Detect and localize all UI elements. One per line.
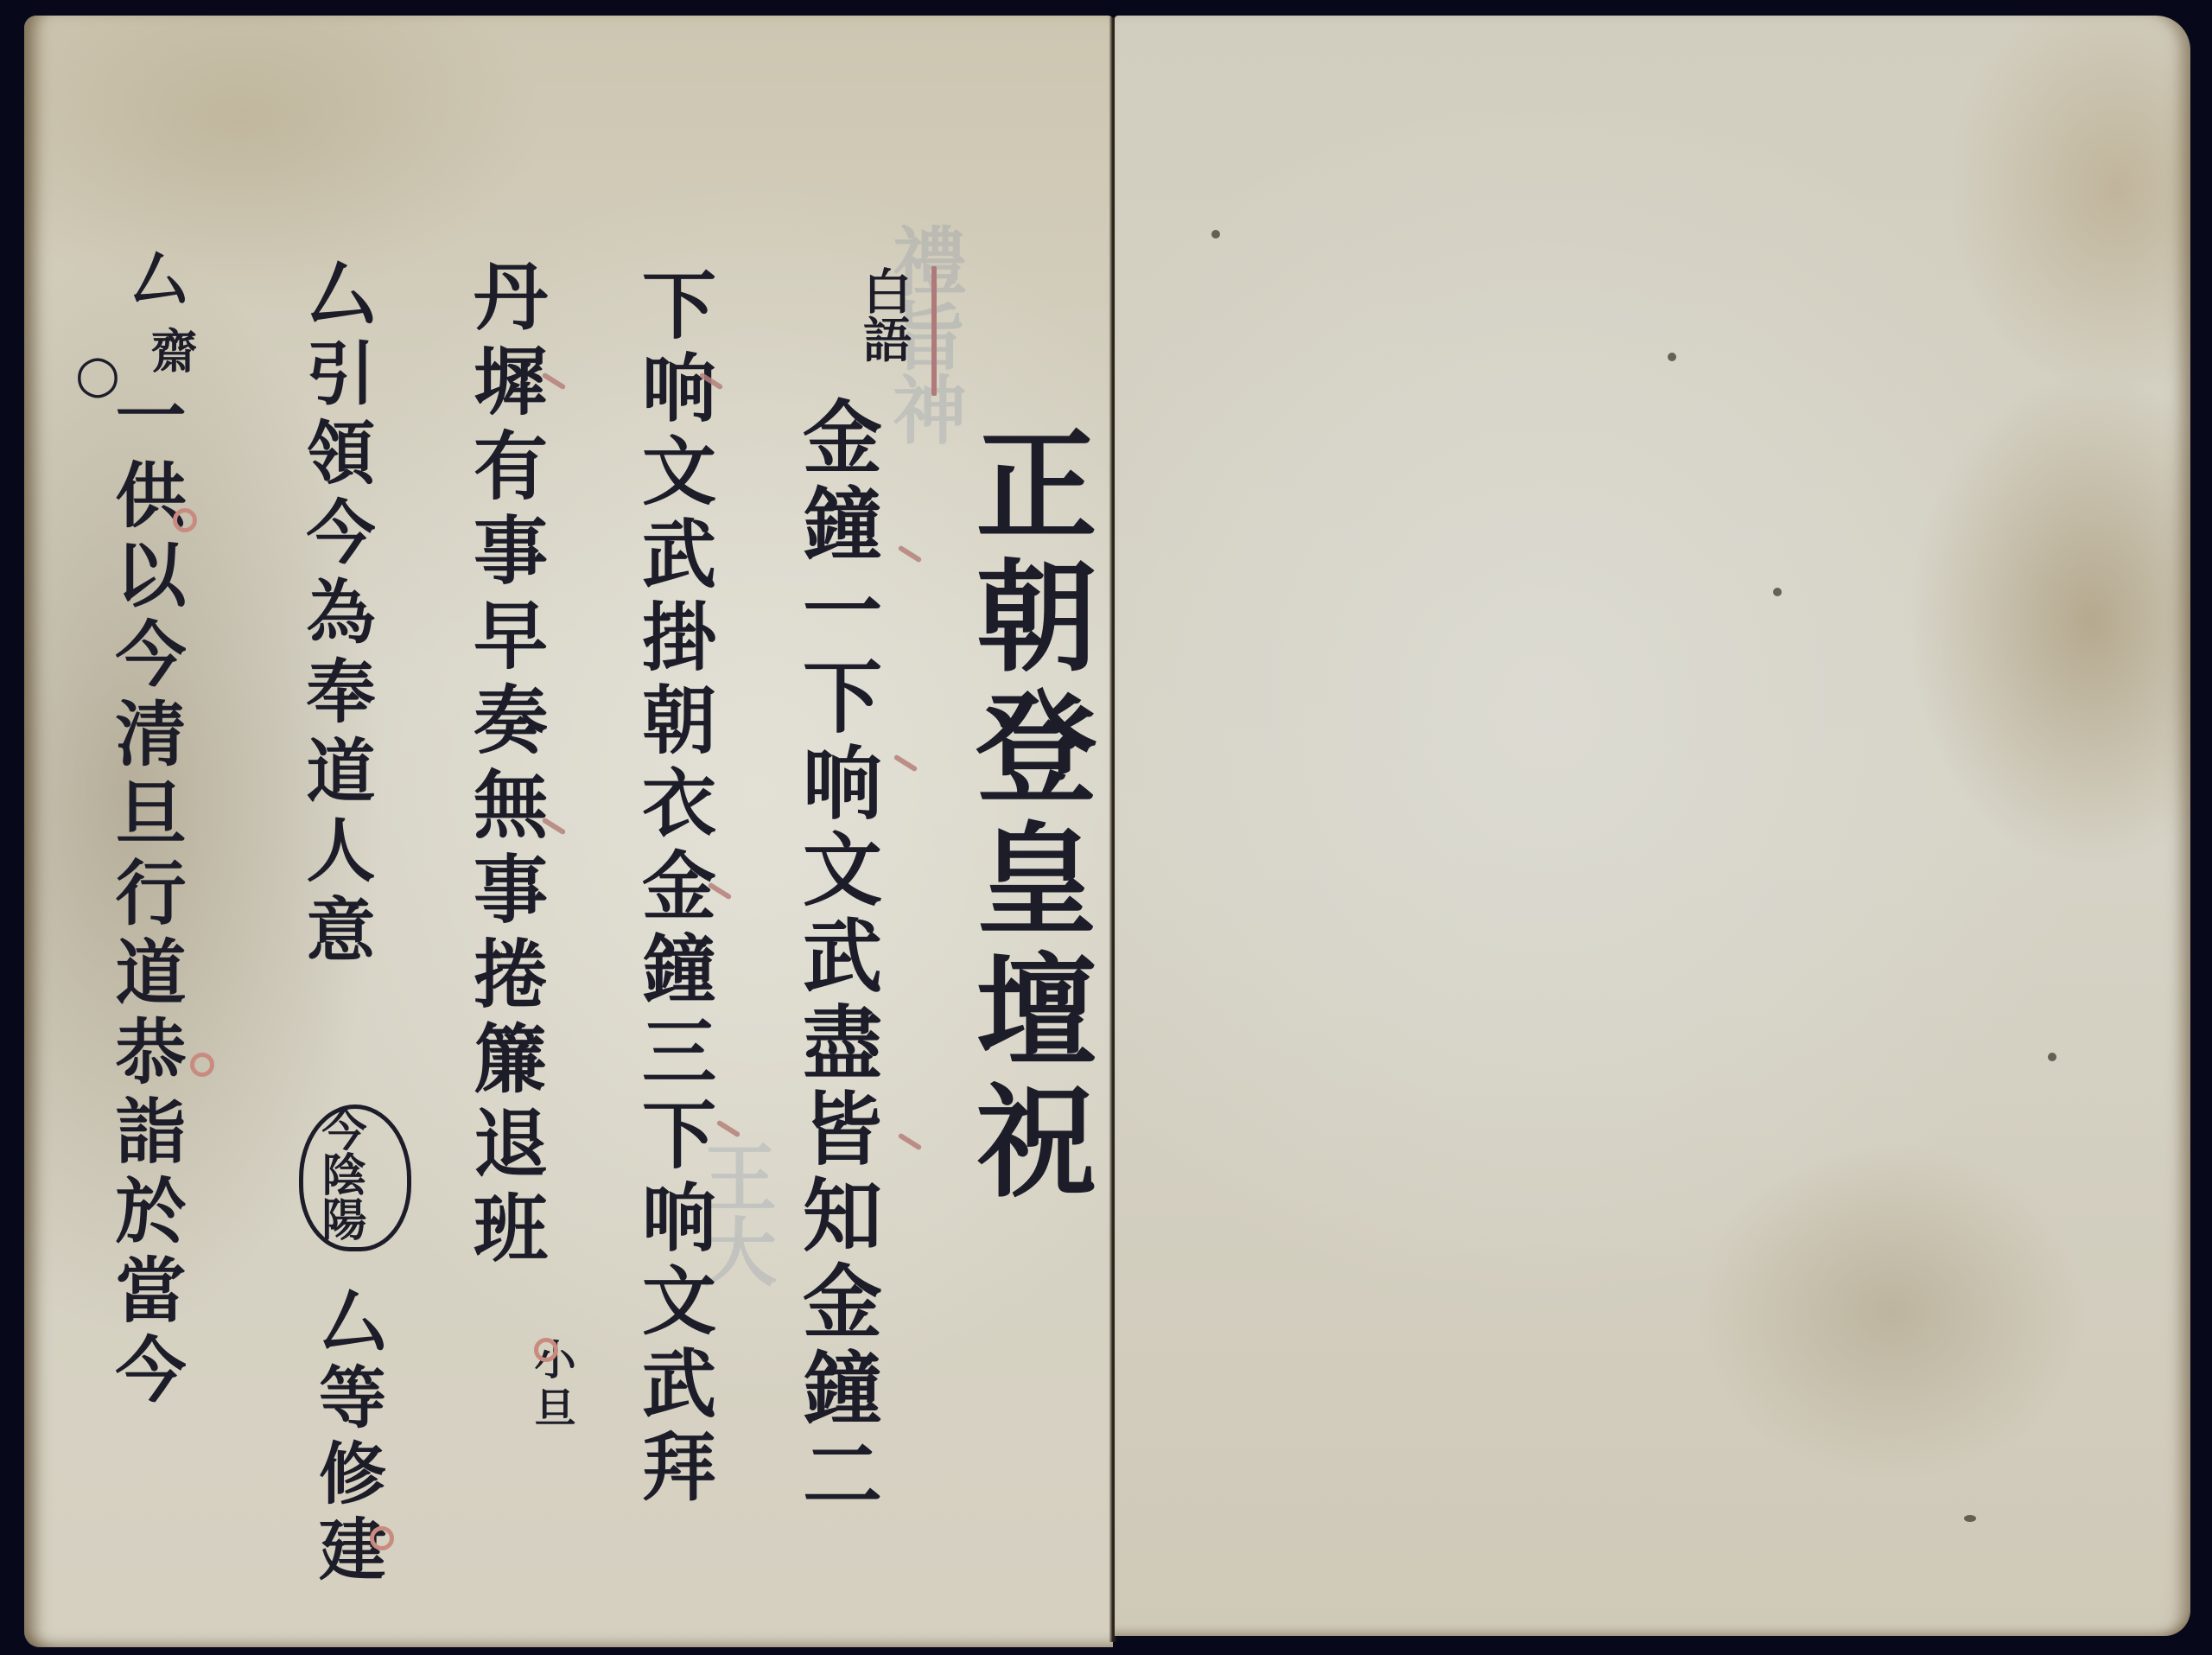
right-page [1115, 16, 2190, 1636]
text-column-2: 下响文武掛朝衣金鐘三下响文武拜 [620, 266, 724, 1511]
red-punctuation-tick [893, 754, 918, 773]
annotation-baiyu: 白語 [854, 266, 914, 363]
red-punctuation-circle [534, 1338, 558, 1362]
red-punctuation-tick [898, 545, 923, 563]
left-page: 禮旨神 王大 正朝登皇壇祝 白語 金鐘一下响文武盡皆知金鐘二 下响文武掛朝衣金鐘… [24, 16, 1113, 1647]
text-column-3: 丹墀有事早奏無事捲簾退班 [452, 258, 556, 1274]
red-punctuation-circle [190, 1053, 214, 1077]
paper-speck [1964, 1515, 1976, 1522]
text-column-5: 一供以今清旦行道恭詣於當今 [93, 379, 197, 1412]
paper-speck [1211, 230, 1220, 239]
book-spread: 禮旨神 王大 正朝登皇壇祝 白語 金鐘一下响文武盡皆知金鐘二 下响文武掛朝衣金鐘… [0, 0, 2212, 1655]
small-note-zhai: 齋 [141, 327, 201, 373]
mark-si: 厶 [115, 249, 193, 306]
red-punctuation-circle [173, 508, 197, 532]
red-punctuation-circle [370, 1526, 394, 1550]
text-column-4: 厶引領今為奉道人意 [283, 258, 387, 973]
red-margin-line [931, 266, 937, 396]
paper-speck [1668, 353, 1676, 361]
page-title: 正朝登皇壇祝 [940, 422, 1113, 1210]
red-punctuation-tick [898, 1133, 923, 1151]
paper-speck [2048, 1053, 2056, 1061]
circled-annotation-text: 今陰陽 [309, 1106, 370, 1241]
paper-speck [1773, 588, 1782, 596]
text-column-1: 金鐘一下响文武盡皆知金鐘二 [785, 396, 888, 1519]
